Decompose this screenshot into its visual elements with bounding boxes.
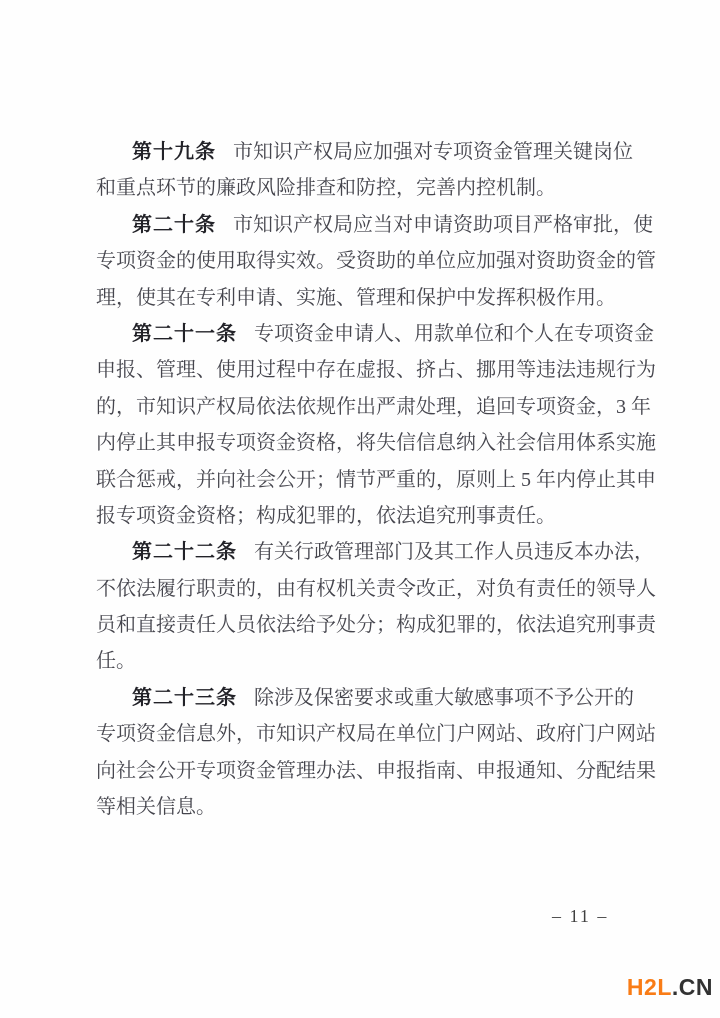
watermark-secondary-text: .CN <box>672 974 713 1000</box>
document-line: 等相关信息。 <box>96 789 638 825</box>
scanned-document-page: 第十九条市知识产权局应加强对专项资金管理关键岗位和重点环节的廉政风险排查和防控，… <box>0 0 720 1018</box>
document-line: 报专项资金资格；构成犯罪的，依法追究刑事责任。 <box>96 498 638 534</box>
document-line: 不依法履行职责的，由有权机关责令改正，对负有责任的领导人 <box>96 571 638 607</box>
document-line: 理，使其在专利申请、实施、管理和保护中发挥积极作用。 <box>96 280 638 316</box>
document-line: 第十九条市知识产权局应加强对专项资金管理关键岗位 <box>96 134 638 170</box>
document-line: 专项资金信息外，市知识产权局在单位门户网站、政府门户网站 <box>96 716 638 752</box>
article-text: 专项资金申请人、用款单位和个人在专项资金 <box>254 323 654 345</box>
document-line: 第二十三条除涉及保密要求或重大敏感事项不予公开的 <box>96 680 638 716</box>
page-number: – 11 – <box>552 906 608 927</box>
article-number: 第二十一条 <box>132 323 237 345</box>
document-line: 专项资金的使用取得实效。受资助的单位应加强对资助资金的管 <box>96 243 638 279</box>
article-text: 市知识产权局应当对申请资助项目严格审批，使 <box>233 214 653 236</box>
site-watermark: H2L.CN <box>627 974 713 1001</box>
document-line: 员和直接责任人员依法给予处分；构成犯罪的，依法追究刑事责 <box>96 607 638 643</box>
document-line: 向社会公开专项资金管理办法、申报指南、申报通知、分配结果 <box>96 753 638 789</box>
article-number: 第二十三条 <box>132 687 237 709</box>
document-body: 第十九条市知识产权局应加强对专项资金管理关键岗位和重点环节的廉政风险排查和防控，… <box>96 134 638 825</box>
document-line: 的，市知识产权局依法依规作出严肃处理，追回专项资金，3 年 <box>96 389 638 425</box>
document-line: 第二十二条有关行政管理部门及其工作人员违反本办法， <box>96 534 638 570</box>
article-text: 市知识产权局应加强对专项资金管理关键岗位 <box>233 141 633 163</box>
document-line: 和重点环节的廉政风险排查和防控，完善内控机制。 <box>96 170 638 206</box>
article-number: 第二十条 <box>132 214 216 236</box>
document-line: 内停止其申报专项资金资格，将失信信息纳入社会信用体系实施 <box>96 425 638 461</box>
document-line: 第二十条市知识产权局应当对申请资助项目严格审批，使 <box>96 207 638 243</box>
article-number: 第二十二条 <box>132 541 237 563</box>
article-text: 有关行政管理部门及其工作人员违反本办法， <box>254 541 654 563</box>
watermark-primary-text: H2L <box>627 974 672 1000</box>
article-text: 除涉及保密要求或重大敏感事项不予公开的 <box>254 687 634 709</box>
document-line: 联合惩戒，并向社会公开；情节严重的，原则上 5 年内停止其申 <box>96 462 638 498</box>
document-line: 任。 <box>96 643 638 679</box>
article-number: 第十九条 <box>132 141 216 163</box>
document-line: 第二十一条专项资金申请人、用款单位和个人在专项资金 <box>96 316 638 352</box>
document-line: 申报、管理、使用过程中存在虚报、挤占、挪用等违法违规行为 <box>96 352 638 388</box>
